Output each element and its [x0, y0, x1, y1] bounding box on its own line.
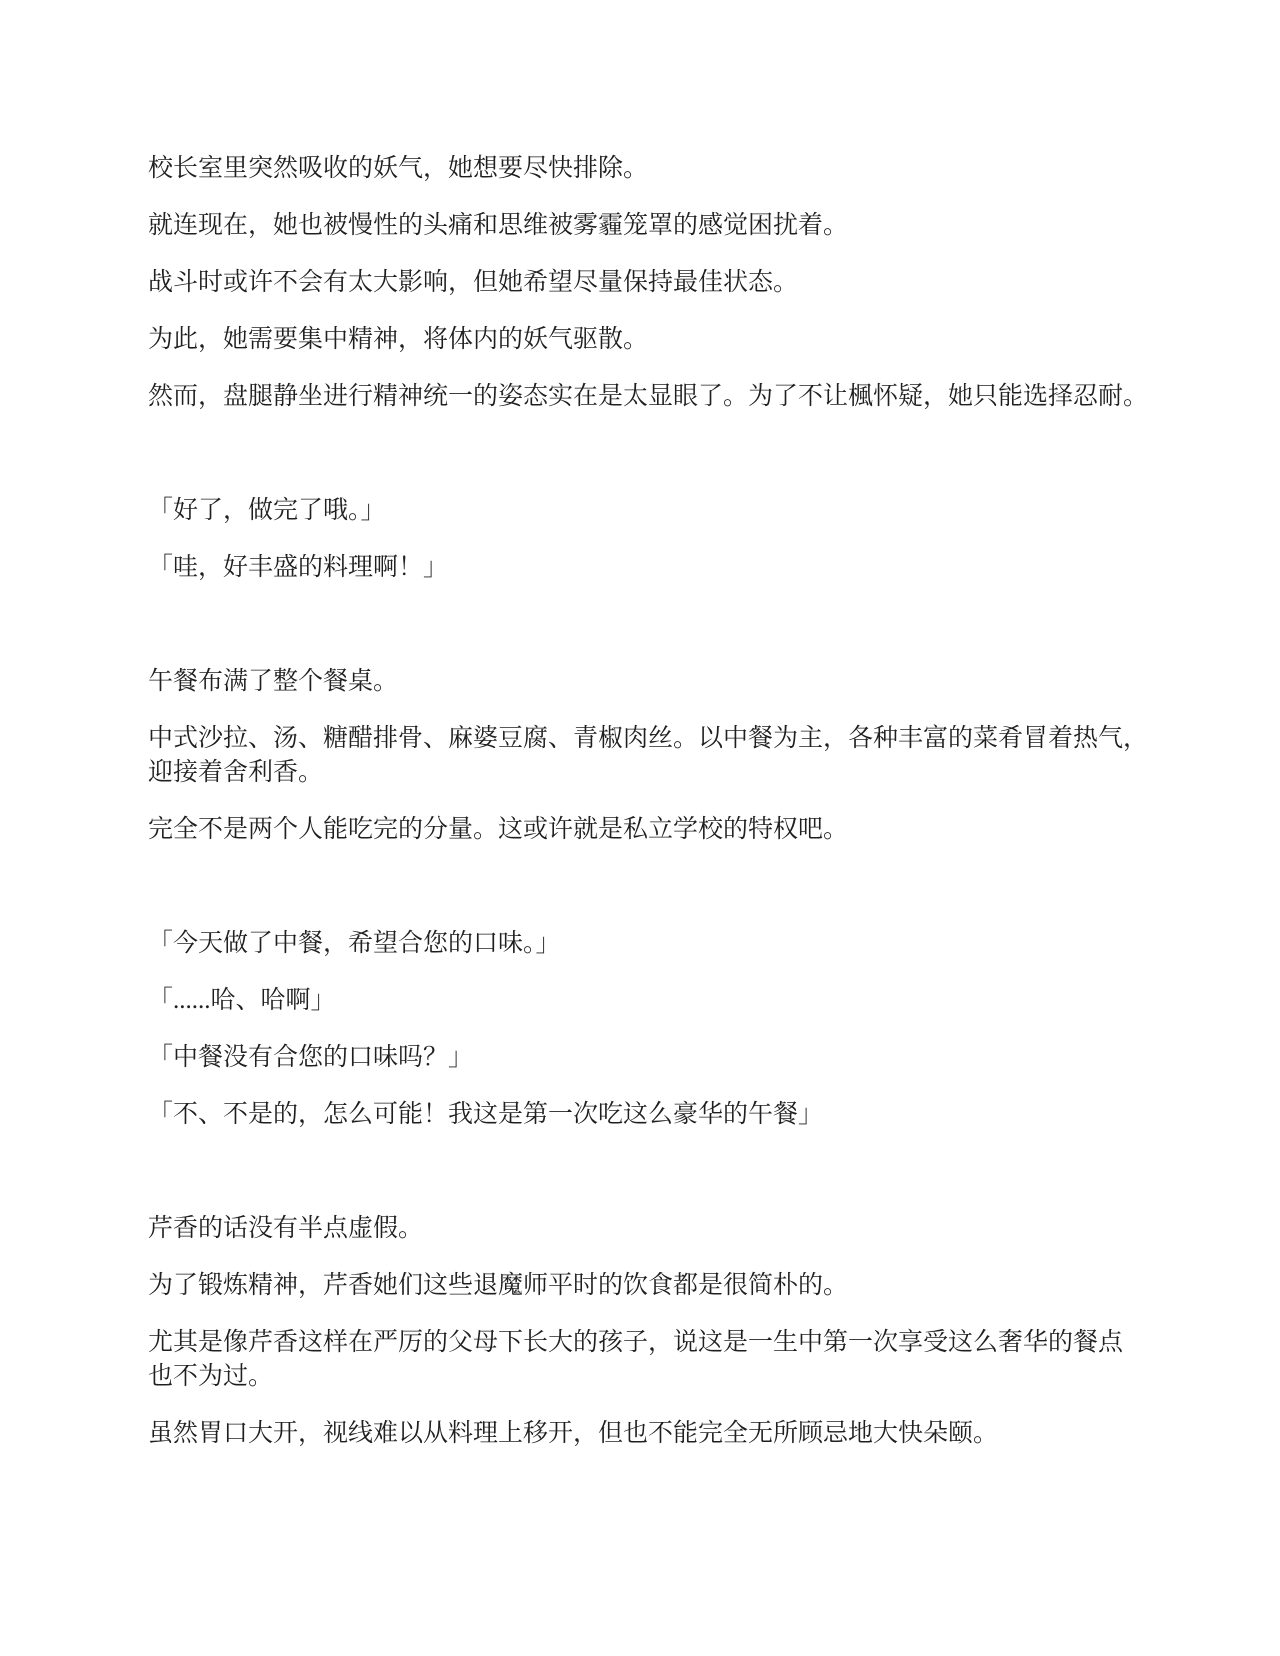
dialogue-line: 「哇，好丰盛的料理啊！」 [148, 551, 1160, 585]
dialogue-line: 「中餐没有合您的口味吗？」 [148, 1041, 1160, 1075]
dialogue-line: 「好了，做完了哦。」 [148, 494, 1160, 528]
narration-paragraph: 中式沙拉、汤、糖醋排骨、麻婆豆腐、青椒肉丝。以中餐为主，各种丰富的菜肴冒着热气，… [148, 722, 1160, 790]
novel-text-body: 校长室里突然吸收的妖气，她想要尽快排除。就连现在，她也被慢性的头痛和思维被雾霾笼… [148, 152, 1160, 1451]
narration-paragraph: 尤其是像芹香这样在严厉的父母下长大的孩子，说这是一生中第一次享受这么奢华的餐点 … [148, 1326, 1160, 1394]
narration-paragraph: 午餐布满了整个餐桌。 [148, 665, 1160, 699]
narration-paragraph: 为此，她需要集中精神，将体内的妖气驱散。 [148, 323, 1160, 357]
narration-paragraph: 芹香的话没有半点虚假。 [148, 1212, 1160, 1246]
narration-paragraph: 为了锻炼精神，芹香她们这些退魔师平时的饮食都是很简朴的。 [148, 1269, 1160, 1303]
narration-paragraph: 校长室里突然吸收的妖气，她想要尽快排除。 [148, 152, 1160, 186]
dialogue-line: 「不、不是的，怎么可能！我这是第一次吃这么豪华的午餐」 [148, 1098, 1160, 1132]
document-page: 校长室里突然吸收的妖气，她想要尽快排除。就连现在，她也被慢性的头痛和思维被雾霾笼… [0, 0, 1280, 1656]
narration-paragraph: 战斗时或许不会有太大影响，但她希望尽量保持最佳状态。 [148, 266, 1160, 300]
dialogue-line: 「今天做了中餐，希望合您的口味。」 [148, 927, 1160, 961]
dialogue-line: 「......哈、哈啊」 [148, 984, 1160, 1018]
narration-paragraph: 虽然胃口大开，视线难以从料理上移开，但也不能完全无所顾忌地大快朵颐。 [148, 1417, 1160, 1451]
narration-paragraph: 完全不是两个人能吃完的分量。这或许就是私立学校的特权吧。 [148, 813, 1160, 847]
narration-paragraph: 然而，盘腿静坐进行精神统一的姿态实在是太显眼了。为了不让楓怀疑，她只能选择忍耐。 [148, 380, 1160, 414]
narration-paragraph: 就连现在，她也被慢性的头痛和思维被雾霾笼罩的感觉困扰着。 [148, 209, 1160, 243]
